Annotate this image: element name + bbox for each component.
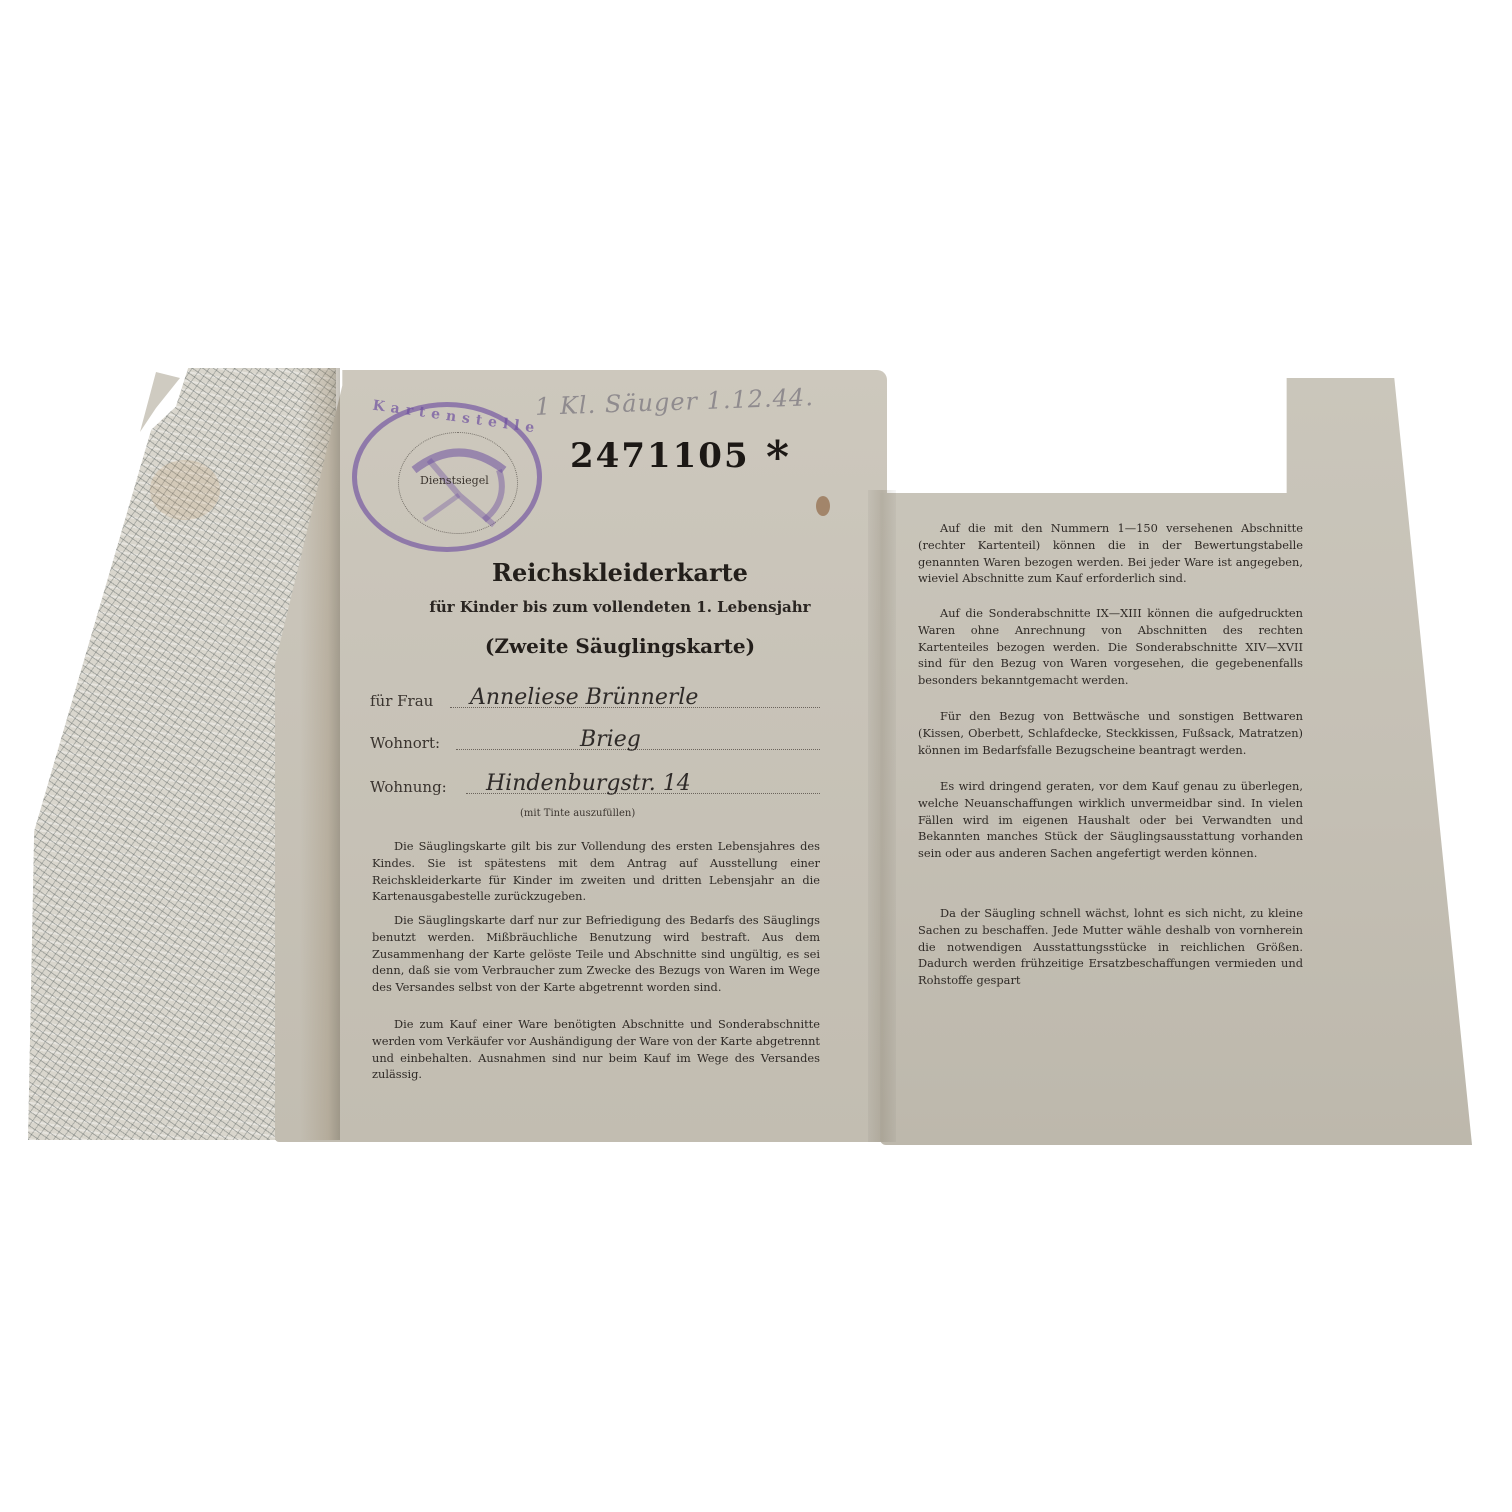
right-paragraph-3: Für den Bezug von Bettwäsche und sonstig… [918, 708, 1303, 758]
field-hint: (mit Tinte auszufüllen) [520, 808, 635, 819]
right-paragraph-5: Da der Säugling schnell wächst, lohnt es… [918, 905, 1303, 989]
field-value-name: Anneliese Brünnerle [470, 685, 698, 710]
field-address: Wohnung: Hindenburgstr. 14 [370, 770, 820, 800]
right-paragraph-2: Auf die Sonderabschnitte IX—XIII können … [918, 605, 1303, 689]
field-label: Wohnort: [370, 734, 440, 752]
cover-stain [150, 460, 220, 520]
document-subtitle-2: (Zweite Säuglingskarte) [350, 634, 890, 658]
field-residence: Wohnort: Brieg [370, 726, 820, 756]
card-marker-asterisk: * [766, 432, 789, 483]
left-paragraph-3: Die zum Kauf einer Ware benötigten Absch… [372, 1016, 820, 1083]
right-paragraph-1: Auf die mit den Nummern 1—150 versehenen… [918, 520, 1303, 587]
page-stain [816, 496, 830, 516]
page-gutter-stitching [868, 490, 896, 1142]
field-value-address: Hindenburgstr. 14 [486, 771, 691, 796]
left-paragraph-1: Die Säuglingskarte gilt bis zur Vollendu… [372, 838, 820, 905]
document-title: Reichskleiderkarte [350, 558, 890, 587]
field-label: für Frau [370, 692, 433, 710]
stamp-seal-text: Dienstsiegel [420, 474, 489, 487]
cover-spine-edge [300, 368, 340, 1140]
field-value-residence: Brieg [580, 727, 641, 752]
left-paragraph-2: Die Säuglingskarte darf nur zur Befriedi… [372, 912, 820, 996]
document-subtitle: für Kinder bis zum vollendeten 1. Lebens… [350, 598, 890, 616]
field-label: Wohnung: [370, 778, 447, 796]
right-paragraph-4: Es wird dringend geraten, vor dem Kauf g… [918, 778, 1303, 862]
field-name: für Frau Anneliese Brünnerle [370, 684, 820, 714]
card-number: 2471105 [570, 436, 750, 476]
right-page [880, 378, 1478, 1145]
